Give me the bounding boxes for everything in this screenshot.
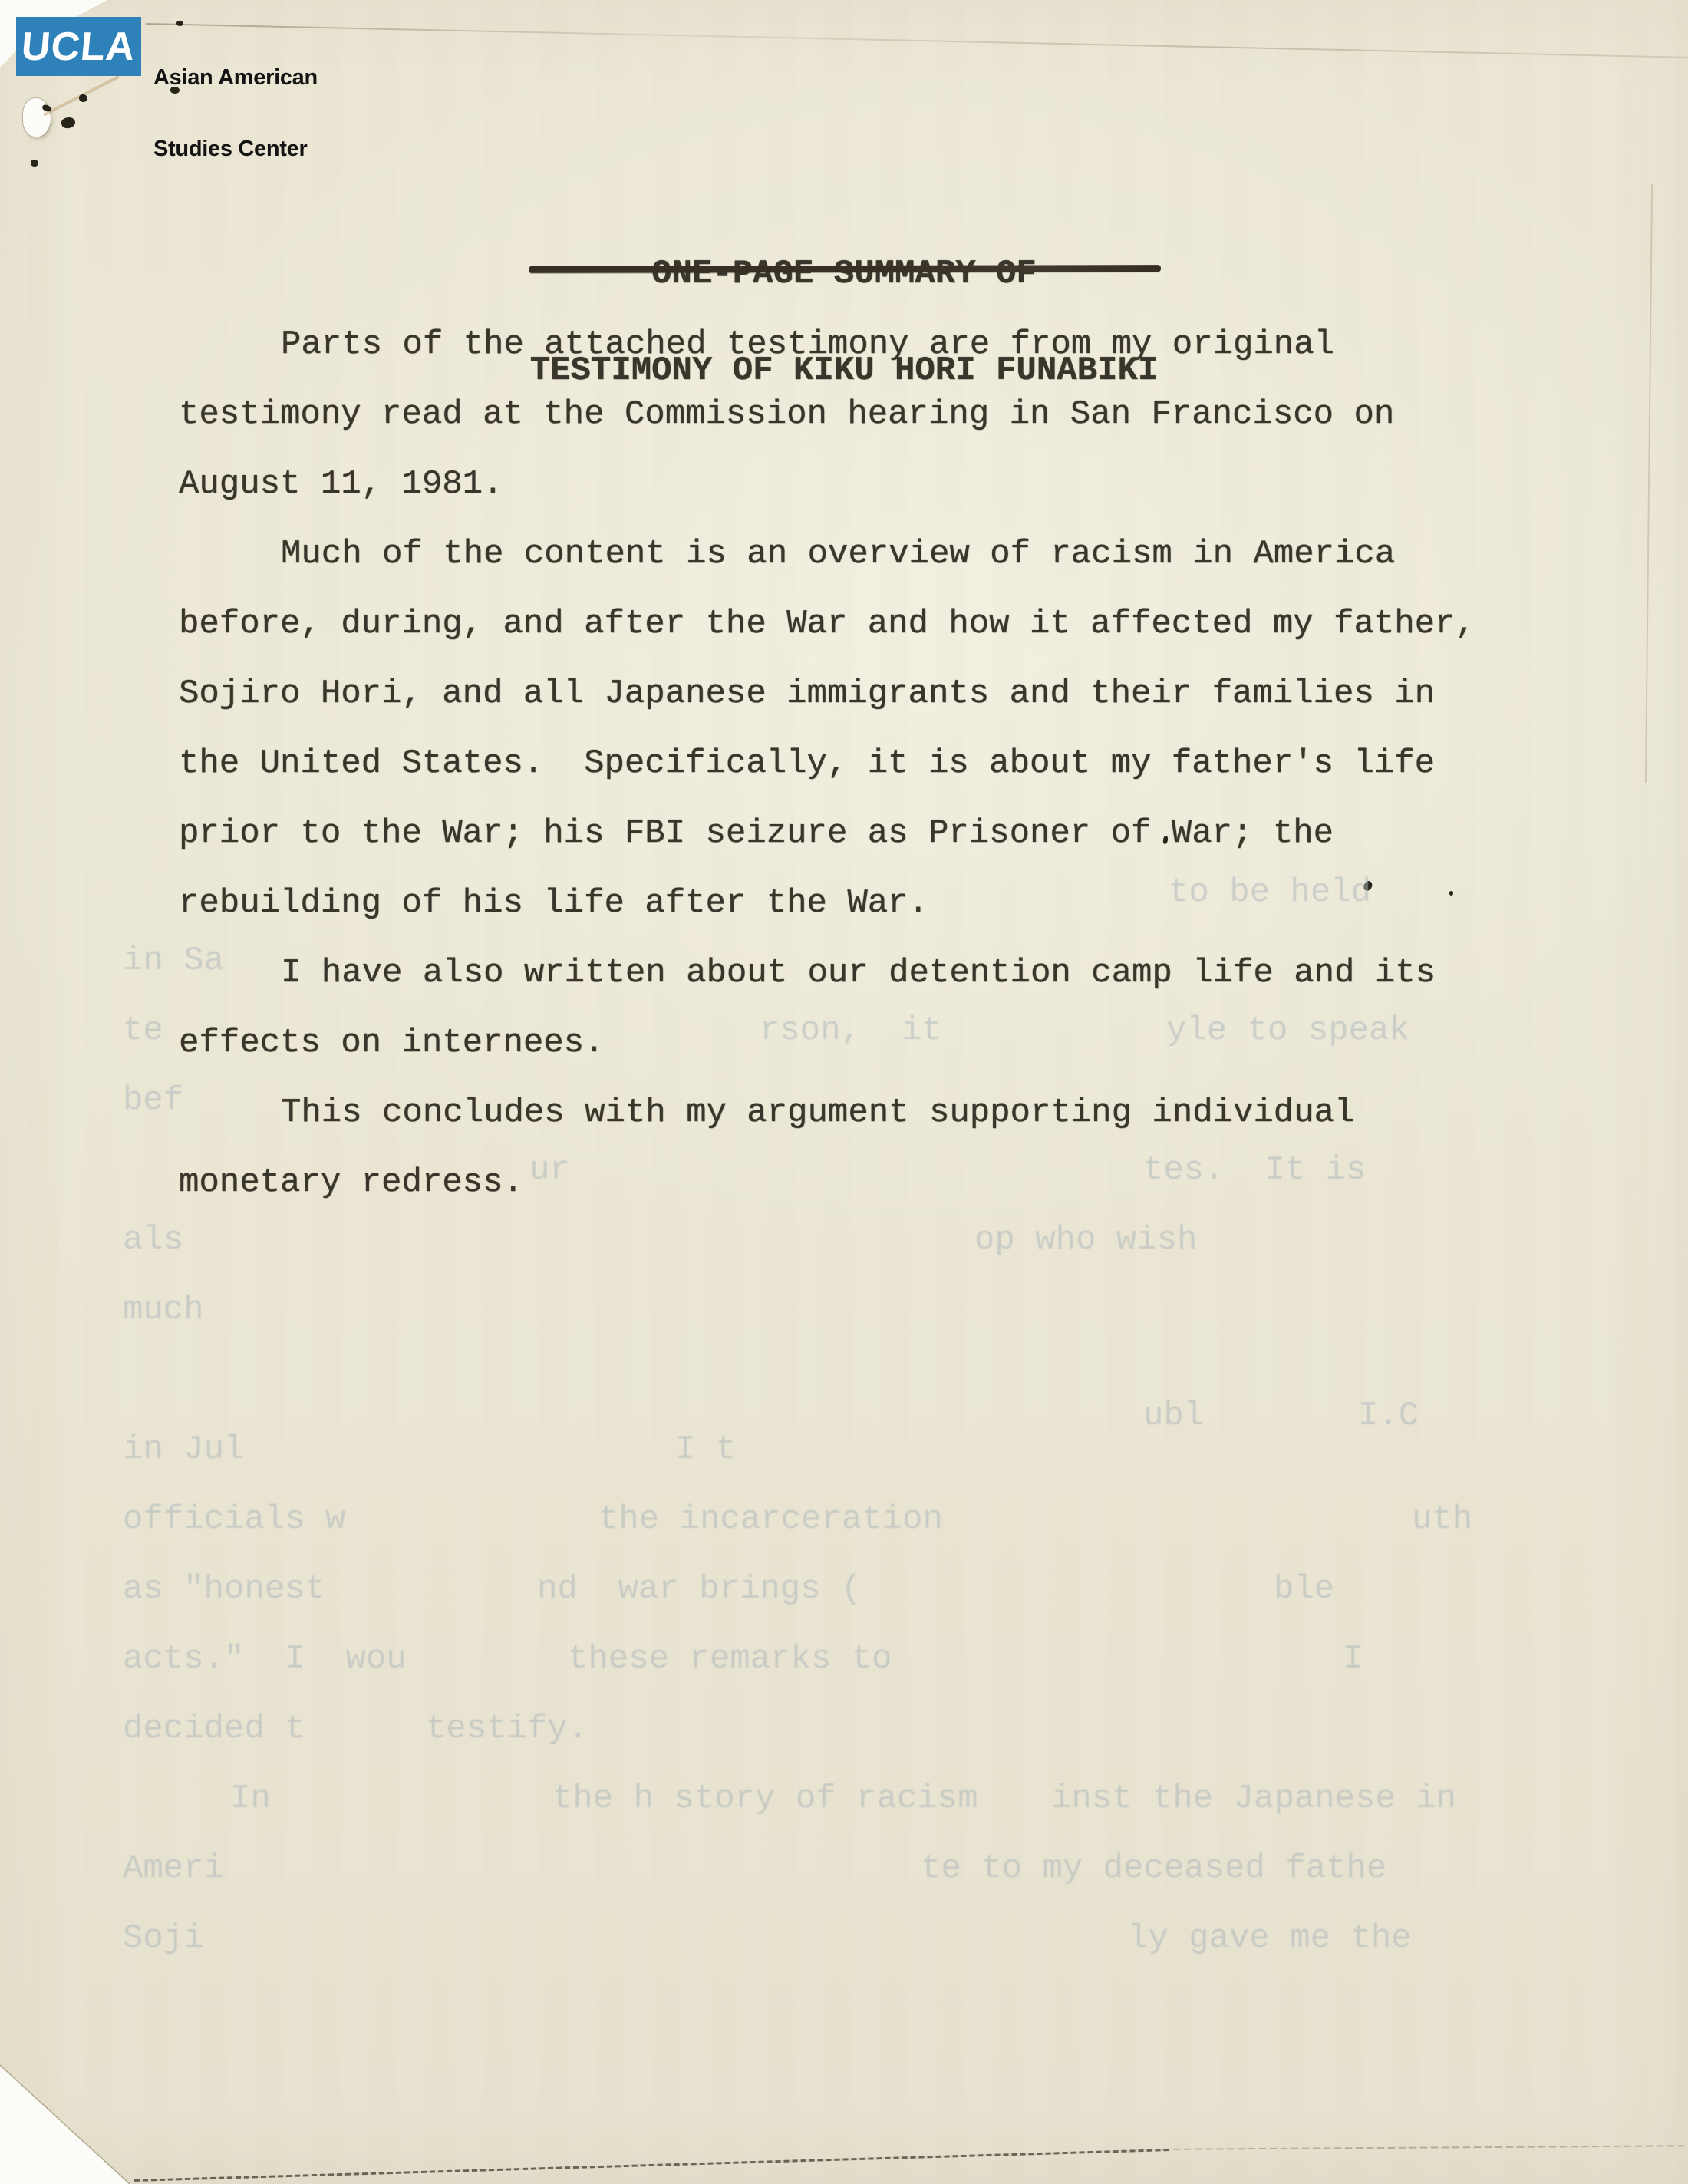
scanned-document-canvas: to be heldin Saterson, ityle to speakbef… — [0, 0, 1688, 2184]
document-title-line1: ONE-PAGE SUMMARY OF — [2, 258, 1686, 290]
bleedthrough-fragment: ly gave me the — [1128, 1919, 1412, 1958]
bleedthrough-fragment: te — [123, 1011, 163, 1050]
org-name: Asian American Studies Center — [153, 18, 318, 209]
bleedthrough-fragment: testify. — [426, 1710, 588, 1748]
typed-line: Much of the content is an overview of ra… — [179, 520, 1475, 589]
typed-line: testimony read at the Commission hearing… — [179, 380, 1475, 450]
bleedthrough-fragment: as "honest — [123, 1570, 325, 1608]
typed-line: prior to the War; his FBI seizure as Pri… — [179, 799, 1475, 869]
typed-line: August 11, 1981. — [179, 450, 1475, 520]
bleedthrough-fragment: the h story of racism — [552, 1780, 978, 1818]
bleedthrough-fragment: In — [230, 1780, 271, 1818]
typed-line: monetary redress. — [179, 1148, 1475, 1218]
org-name-line2: Studies Center — [153, 137, 318, 161]
bleedthrough-fragment: I — [1343, 1640, 1363, 1678]
bleedthrough-fragment: uth — [1412, 1500, 1472, 1539]
org-name-line1: Asian American — [153, 66, 318, 90]
typed-line: I have also written about our detention … — [179, 939, 1475, 1008]
ucla-wordmark: UCLA — [20, 27, 137, 67]
bleedthrough-fragment: the incarceration — [598, 1500, 943, 1539]
bleedthrough-fragment: officials w — [123, 1500, 345, 1539]
paper-sheet: to be heldin Saterson, ityle to speakbef… — [0, 0, 1688, 2184]
bleedthrough-fragment: als — [123, 1221, 183, 1259]
typed-line: effects on internees. — [179, 1008, 1475, 1078]
typed-line: Sojiro Hori, and all Japanese immigrants… — [179, 659, 1475, 729]
bleedthrough-fragment: bef — [123, 1081, 183, 1120]
bleedthrough-fragment: I.C — [1358, 1397, 1419, 1435]
bleedthrough-fragment: te to my deceased fathe — [921, 1849, 1386, 1888]
typed-line: before, during, and after the War and ho… — [179, 589, 1475, 659]
typed-line: Parts of the attached testimony are from… — [179, 310, 1475, 380]
bleedthrough-fragment: decided t — [123, 1710, 305, 1748]
bleedthrough-fragment: acts." I wou — [123, 1640, 407, 1678]
typed-line: rebuilding of his life after the War. — [179, 869, 1475, 939]
bleedthrough-fragment: ble — [1274, 1570, 1334, 1608]
bleedthrough-fragment: I t — [675, 1430, 736, 1469]
bleedthrough-fragment: in Jul — [123, 1430, 244, 1469]
bleedthrough-fragment: these remarks to — [568, 1640, 892, 1678]
bleedthrough-fragment: inst the Japanese in — [1051, 1780, 1456, 1818]
bleedthrough-fragment: op who wish — [974, 1221, 1197, 1259]
bleedthrough-fragment: much — [123, 1291, 204, 1329]
typed-line: the United States. Specifically, it is a… — [179, 729, 1475, 799]
typed-line: This concludes with my argument supporti… — [179, 1078, 1475, 1148]
ucla-logo: UCLA — [16, 17, 141, 76]
bleedthrough-fragment: ubl — [1143, 1397, 1204, 1435]
bleedthrough-fragment: Ameri — [123, 1849, 224, 1888]
bleedthrough-fragment: nd war brings ( — [537, 1570, 861, 1608]
bleedthrough-fragment: Soji — [123, 1919, 204, 1958]
document-body: Parts of the attached testimony are from… — [179, 310, 1475, 1218]
title-underline — [529, 265, 1161, 273]
